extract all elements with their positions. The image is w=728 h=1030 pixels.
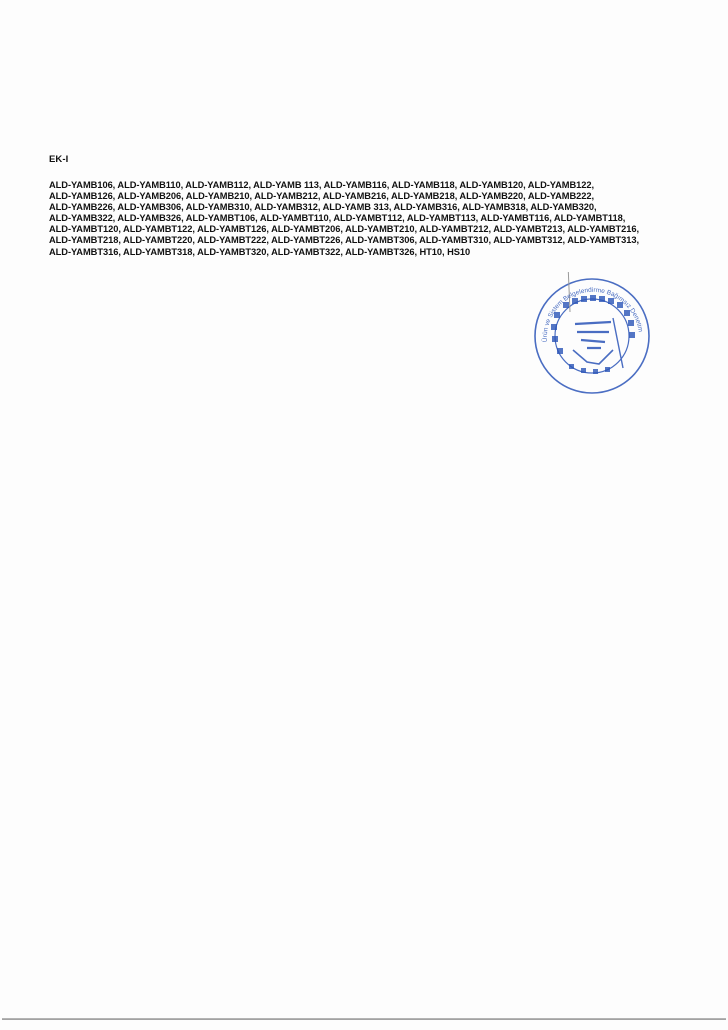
model-list-line: ALD-YAMBT218, ALD-YAMBT220, ALD-YAMBT222… xyxy=(49,235,699,246)
model-list-line: ALD-YAMB226, ALD-YAMB306, ALD-YAMB310, A… xyxy=(49,202,699,213)
model-list-line: ALD-YAMB126, ALD-YAMB206, ALD-YAMB210, A… xyxy=(49,191,699,202)
annex-heading: EK-I xyxy=(49,154,68,165)
model-list: ALD-YAMB106, ALD-YAMB110, ALD-YAMB112, A… xyxy=(49,180,699,258)
model-list-line: ALD-YAMB106, ALD-YAMB110, ALD-YAMB112, A… xyxy=(49,180,699,191)
model-list-line: ALD-YAMBT120, ALD-YAMBT122, ALD-YAMBT126… xyxy=(49,224,699,235)
model-list-line: ALD-YAMBT316, ALD-YAMBT318, ALD-YAMBT320… xyxy=(49,247,699,258)
stamp-seal-icon: Ürün ve Sistem Belgelendirme Bağımsız De… xyxy=(525,272,657,396)
model-list-line: ALD-YAMB322, ALD-YAMB326, ALD-YAMBT106, … xyxy=(49,213,699,224)
page-bottom-rule xyxy=(2,1018,726,1020)
official-stamp: Ürün ve Sistem Belgelendirme Bağımsız De… xyxy=(525,272,657,396)
